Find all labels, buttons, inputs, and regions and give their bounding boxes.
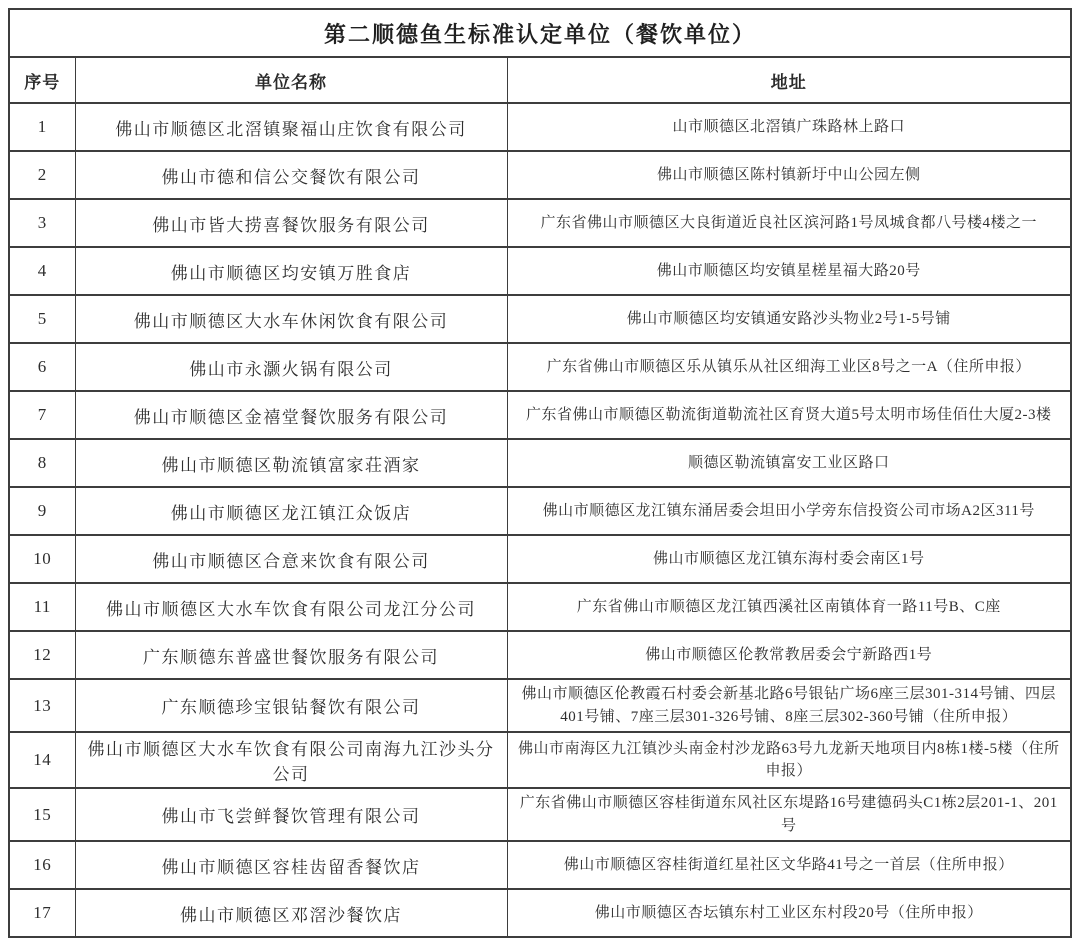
cell-index: 6 bbox=[9, 343, 75, 391]
table-title-row: 第二顺德鱼生标准认定单位（餐饮单位） bbox=[9, 9, 1071, 57]
cell-address: 佛山市顺德区容桂街道红星社区文华路41号之一首层（住所申报） bbox=[507, 841, 1071, 889]
table-row: 3佛山市皆大捞喜餐饮服务有限公司广东省佛山市顺德区大良街道近良社区滨河路1号凤城… bbox=[9, 199, 1071, 247]
document-page: 第二顺德鱼生标准认定单位（餐饮单位） 序号 单位名称 地址 1佛山市顺德区北滘镇… bbox=[0, 0, 1080, 938]
table-row: 2佛山市德和信公交餐饮有限公司佛山市顺德区陈村镇新圩中山公园左侧 bbox=[9, 151, 1071, 199]
cell-name: 佛山市顺德区容桂齿留香餐饮店 bbox=[75, 841, 507, 889]
cell-address: 佛山市顺德区均安镇星槎星福大路20号 bbox=[507, 247, 1071, 295]
table-row: 1佛山市顺德区北滘镇聚福山庄饮食有限公司山市顺德区北滘镇广珠路林上路口 bbox=[9, 103, 1071, 151]
column-header-index: 序号 bbox=[9, 57, 75, 103]
table-row: 5佛山市顺德区大水车休闲饮食有限公司佛山市顺德区均安镇通安路沙头物业2号1-5号… bbox=[9, 295, 1071, 343]
cell-address: 广东省佛山市顺德区乐从镇乐从社区细海工业区8号之一A（住所申报） bbox=[507, 343, 1071, 391]
cell-index: 2 bbox=[9, 151, 75, 199]
cell-index: 4 bbox=[9, 247, 75, 295]
cell-index: 12 bbox=[9, 631, 75, 679]
column-header-name: 单位名称 bbox=[75, 57, 507, 103]
cell-index: 5 bbox=[9, 295, 75, 343]
cell-name: 佛山市顺德区均安镇万胜食店 bbox=[75, 247, 507, 295]
table-body: 第二顺德鱼生标准认定单位（餐饮单位） 序号 单位名称 地址 1佛山市顺德区北滘镇… bbox=[9, 9, 1071, 937]
cell-name: 佛山市永灏火锅有限公司 bbox=[75, 343, 507, 391]
cell-index: 11 bbox=[9, 583, 75, 631]
table-row: 12广东顺德东普盛世餐饮服务有限公司佛山市顺德区伦教常教居委会宁新路西1号 bbox=[9, 631, 1071, 679]
table-row: 9佛山市顺德区龙江镇江众饭店佛山市顺德区龙江镇东涌居委会坦田小学旁东信投资公司市… bbox=[9, 487, 1071, 535]
table-row: 17佛山市顺德区邓滘沙餐饮店佛山市顺德区杏坛镇东村工业区东村段20号（住所申报） bbox=[9, 889, 1071, 937]
cell-name: 佛山市顺德区金禧堂餐饮服务有限公司 bbox=[75, 391, 507, 439]
table-row: 4佛山市顺德区均安镇万胜食店佛山市顺德区均安镇星槎星福大路20号 bbox=[9, 247, 1071, 295]
cell-name: 佛山市顺德区邓滘沙餐饮店 bbox=[75, 889, 507, 937]
cell-index: 9 bbox=[9, 487, 75, 535]
cell-index: 13 bbox=[9, 679, 75, 732]
cell-name: 佛山市顺德区勒流镇富家荘酒家 bbox=[75, 439, 507, 487]
cell-name: 佛山市顺德区合意来饮食有限公司 bbox=[75, 535, 507, 583]
cell-index: 7 bbox=[9, 391, 75, 439]
table-row: 15佛山市飞尝鲜餐饮管理有限公司广东省佛山市顺德区容桂街道东风社区东堤路16号建… bbox=[9, 788, 1071, 841]
table-row: 11佛山市顺德区大水车饮食有限公司龙江分公司广东省佛山市顺德区龙江镇西溪社区南镇… bbox=[9, 583, 1071, 631]
cell-address: 广东省佛山市顺德区容桂街道东风社区东堤路16号建德码头C1栋2层201-1、20… bbox=[507, 788, 1071, 841]
cell-index: 8 bbox=[9, 439, 75, 487]
cell-name: 广东顺德东普盛世餐饮服务有限公司 bbox=[75, 631, 507, 679]
cell-index: 14 bbox=[9, 732, 75, 788]
table-row: 6佛山市永灏火锅有限公司广东省佛山市顺德区乐从镇乐从社区细海工业区8号之一A（住… bbox=[9, 343, 1071, 391]
cell-name: 佛山市顺德区龙江镇江众饭店 bbox=[75, 487, 507, 535]
table-row: 8佛山市顺德区勒流镇富家荘酒家顺德区勒流镇富安工业区路口 bbox=[9, 439, 1071, 487]
cell-address: 佛山市顺德区均安镇通安路沙头物业2号1-5号铺 bbox=[507, 295, 1071, 343]
cell-address: 佛山市顺德区龙江镇东海村委会南区1号 bbox=[507, 535, 1071, 583]
cell-name: 佛山市德和信公交餐饮有限公司 bbox=[75, 151, 507, 199]
table-header-row: 序号 单位名称 地址 bbox=[9, 57, 1071, 103]
cell-address: 山市顺德区北滘镇广珠路林上路口 bbox=[507, 103, 1071, 151]
cell-address: 广东省佛山市顺德区龙江镇西溪社区南镇体育一路11号B、C座 bbox=[507, 583, 1071, 631]
standards-units-table: 第二顺德鱼生标准认定单位（餐饮单位） 序号 单位名称 地址 1佛山市顺德区北滘镇… bbox=[8, 8, 1072, 938]
cell-address: 佛山市顺德区杏坛镇东村工业区东村段20号（住所申报） bbox=[507, 889, 1071, 937]
table-row: 10佛山市顺德区合意来饮食有限公司佛山市顺德区龙江镇东海村委会南区1号 bbox=[9, 535, 1071, 583]
cell-index: 17 bbox=[9, 889, 75, 937]
table-row: 16佛山市顺德区容桂齿留香餐饮店佛山市顺德区容桂街道红星社区文华路41号之一首层… bbox=[9, 841, 1071, 889]
cell-name: 佛山市皆大捞喜餐饮服务有限公司 bbox=[75, 199, 507, 247]
cell-name: 广东顺德珍宝银钻餐饮有限公司 bbox=[75, 679, 507, 732]
table-row: 13广东顺德珍宝银钻餐饮有限公司佛山市顺德区伦教霞石村委会新基北路6号银钻广场6… bbox=[9, 679, 1071, 732]
cell-address: 广东省佛山市顺德区勒流街道勒流社区育贤大道5号太明市场佳佰仕大厦2-3楼 bbox=[507, 391, 1071, 439]
cell-address: 佛山市顺德区伦教常教居委会宁新路西1号 bbox=[507, 631, 1071, 679]
cell-index: 16 bbox=[9, 841, 75, 889]
cell-address: 佛山市顺德区陈村镇新圩中山公园左侧 bbox=[507, 151, 1071, 199]
cell-name: 佛山市顺德区大水车休闲饮食有限公司 bbox=[75, 295, 507, 343]
cell-name: 佛山市顺德区大水车饮食有限公司龙江分公司 bbox=[75, 583, 507, 631]
column-header-address: 地址 bbox=[507, 57, 1071, 103]
cell-index: 1 bbox=[9, 103, 75, 151]
cell-index: 15 bbox=[9, 788, 75, 841]
table-row: 7佛山市顺德区金禧堂餐饮服务有限公司广东省佛山市顺德区勒流街道勒流社区育贤大道5… bbox=[9, 391, 1071, 439]
cell-address: 佛山市顺德区龙江镇东涌居委会坦田小学旁东信投资公司市场A2区311号 bbox=[507, 487, 1071, 535]
cell-address: 佛山市南海区九江镇沙头南金村沙龙路63号九龙新天地项目内8栋1楼-5楼（住所申报… bbox=[507, 732, 1071, 788]
cell-address: 广东省佛山市顺德区大良街道近良社区滨河路1号凤城食都八号楼4楼之一 bbox=[507, 199, 1071, 247]
cell-address: 顺德区勒流镇富安工业区路口 bbox=[507, 439, 1071, 487]
cell-index: 10 bbox=[9, 535, 75, 583]
table-title: 第二顺德鱼生标准认定单位（餐饮单位） bbox=[9, 9, 1071, 57]
cell-index: 3 bbox=[9, 199, 75, 247]
cell-name: 佛山市顺德区大水车饮食有限公司南海九江沙头分公司 bbox=[75, 732, 507, 788]
cell-name: 佛山市顺德区北滘镇聚福山庄饮食有限公司 bbox=[75, 103, 507, 151]
cell-name: 佛山市飞尝鲜餐饮管理有限公司 bbox=[75, 788, 507, 841]
cell-address: 佛山市顺德区伦教霞石村委会新基北路6号银钻广场6座三层301-314号铺、四层4… bbox=[507, 679, 1071, 732]
table-row: 14佛山市顺德区大水车饮食有限公司南海九江沙头分公司佛山市南海区九江镇沙头南金村… bbox=[9, 732, 1071, 788]
